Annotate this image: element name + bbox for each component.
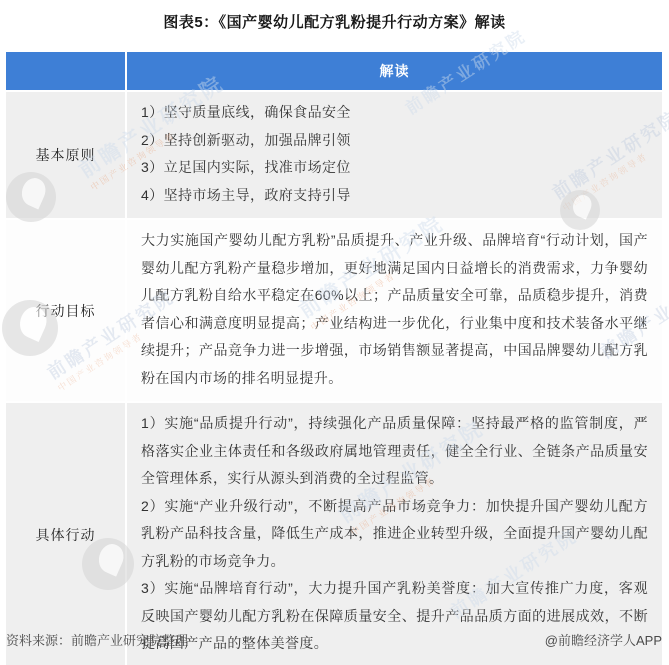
table-header-label: 解读	[127, 52, 662, 90]
table-row-specific-actions: 具体行动 1）实施“品质提升行动”，持续强化产品质量保障：坚持最严格的监管制度，…	[6, 403, 662, 665]
principle-item: 1）坚守质量底线，确保食品安全	[141, 99, 648, 127]
table-row-basic-principles: 基本原则 1）坚守质量底线，确保食品安全 2）坚持创新驱动，加强品牌引领 3）立…	[6, 92, 662, 218]
principle-item: 3）立足国内实际，找准市场定位	[141, 154, 648, 182]
credit-note: @前瞻经济学人APP	[545, 630, 662, 649]
action-paragraph: 1）实施“品质提升行动”，持续强化产品质量保障：坚持最严格的监管制度，严格落实企…	[141, 410, 648, 493]
interpretation-table: 解读 基本原则 1）坚守质量底线，确保食品安全 2）坚持创新驱动，加强品牌引领 …	[6, 52, 662, 665]
table-header-row: 解读	[6, 52, 662, 90]
figure-page: 图表5：《国产婴幼儿配方乳粉提升行动方案》解读 解读 基本原则 1）坚守质量底线…	[0, 0, 669, 665]
principle-item: 4）坚持市场主导，政府支持引导	[141, 182, 648, 210]
row-label: 基本原则	[6, 92, 127, 218]
table-header-empty-cell	[6, 52, 127, 90]
action-paragraph: 2）实施“产业升级行动”，不断提高产品市场竞争力：加快提升国产婴幼儿配方乳粉产品…	[141, 493, 648, 576]
row-label: 行动目标	[6, 220, 127, 401]
row-content: 1）实施“品质提升行动”，持续强化产品质量保障：坚持最严格的监管制度，严格落实企…	[127, 403, 662, 665]
table-row-action-goals: 行动目标 大力实施国产婴幼儿配方乳粉”品质提升、产业升级、品牌培育“行动计划，国…	[6, 220, 662, 401]
principle-item: 2）坚持创新驱动，加强品牌引领	[141, 127, 648, 155]
footer: 资料来源：前瞻产业研究院整理 @前瞻经济学人APP	[6, 630, 662, 649]
row-content: 1）坚守质量底线，确保食品安全 2）坚持创新驱动，加强品牌引领 3）立足国内实际…	[127, 92, 662, 218]
source-note: 资料来源：前瞻产业研究院整理	[6, 630, 188, 649]
page-title: 图表5：《国产婴幼儿配方乳粉提升行动方案》解读	[0, 11, 669, 32]
row-label: 具体行动	[6, 403, 127, 665]
row-content: 大力实施国产婴幼儿配方乳粉”品质提升、产业升级、品牌培育“行动计划，国产婴幼儿配…	[127, 220, 662, 401]
goal-paragraph: 大力实施国产婴幼儿配方乳粉”品质提升、产业升级、品牌培育“行动计划，国产婴幼儿配…	[141, 227, 648, 392]
